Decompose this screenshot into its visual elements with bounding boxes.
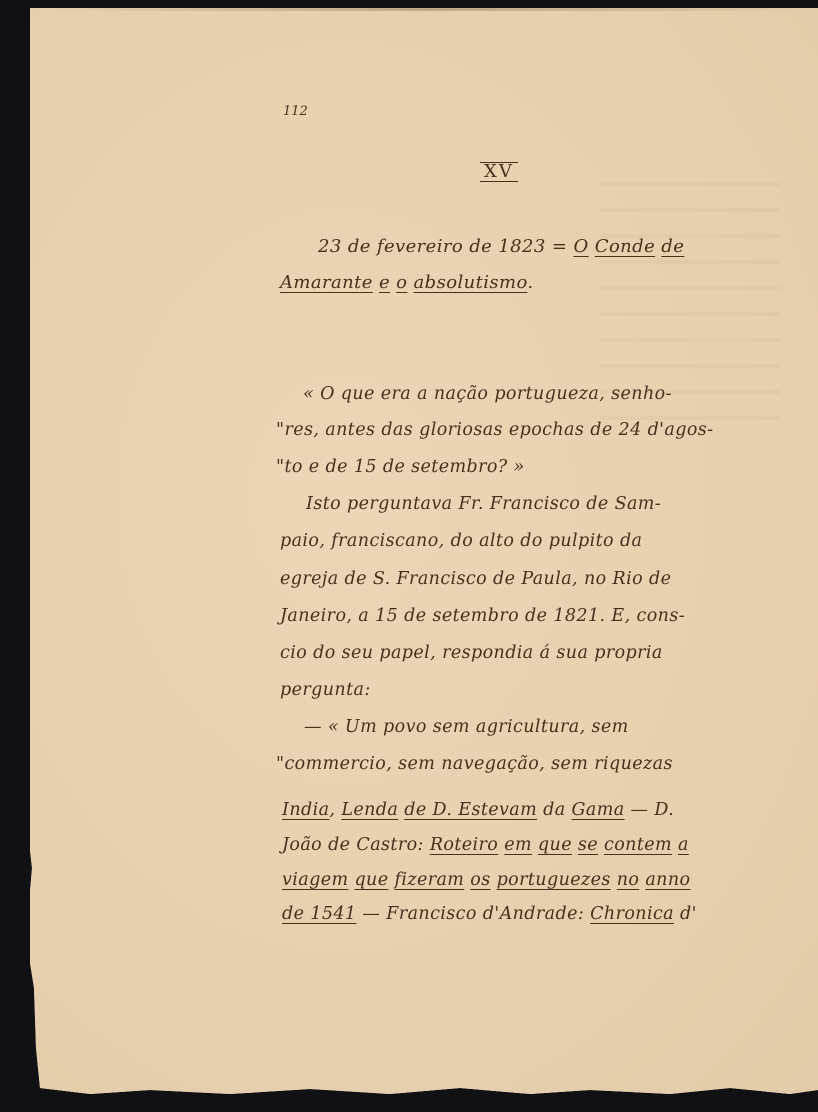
body-line: Isto perguntava Fr. Francisco de Sam- — [306, 494, 661, 514]
heading-word: de — [661, 236, 684, 257]
footnote-title: D. Estevam — [427, 800, 538, 820]
footnote-title: em — [504, 835, 532, 855]
footnote-text: — Francisco d'Andrade: — [356, 904, 590, 924]
chapter-heading-line-1: 23 de fevereiro de 1823 = O Conde de — [318, 236, 684, 257]
body-line: paio, franciscano, do alto do pulpito da — [280, 531, 642, 551]
heading-word: Amarante — [280, 272, 373, 293]
footnote-line-3: viagem que fizeram os portuguezes no ann… — [282, 870, 690, 890]
footnote-title: contem — [604, 835, 672, 855]
footnote-line-2: João de Castro: Roteiro em que se contem… — [282, 835, 689, 855]
heading-word: absolutismo — [414, 272, 528, 293]
footnote-text: d' — [674, 904, 697, 924]
page-number: 112 — [283, 104, 308, 119]
footnote-title: que — [538, 835, 572, 855]
footnote-title: viagem — [282, 870, 348, 890]
footnote-title: Chronica — [590, 904, 674, 924]
body-line: Janeiro, a 15 de setembro de 1821. E, co… — [280, 606, 685, 626]
heading-word: O — [573, 236, 588, 257]
body-line: egreja de S. Francisco de Paula, no Rio … — [280, 569, 671, 589]
body-line: — « Um povo sem agricultura, sem — [304, 717, 629, 737]
heading-word: o — [396, 272, 407, 293]
footnote-title: fizeram — [394, 870, 464, 890]
footnote-title: no — [617, 870, 640, 890]
footnote-title: se — [578, 835, 598, 855]
footnote-title: portuguezes — [497, 870, 611, 890]
body-line: "to e de 15 de setembro? » — [276, 457, 525, 477]
body-line: « O que era a nação portugueza, senho- — [303, 384, 672, 404]
footnote-text: da — [537, 800, 571, 820]
footnote-text: João de Castro: — [282, 835, 430, 855]
footnote-title: de — [404, 800, 426, 820]
footnote-title: Roteiro — [430, 835, 498, 855]
footnote-text: , — [329, 800, 341, 820]
heading-word: Conde — [595, 236, 655, 257]
footnote-title: anno — [645, 870, 690, 890]
page-top-edge — [44, 8, 814, 11]
footnote-title: de 1541 — [282, 904, 356, 924]
heading-date: 23 de fevereiro de 1823 = — [318, 236, 573, 257]
footnote-line-1: India, Lenda de D. Estevam da Gama — D. — [282, 800, 674, 820]
heading-period: . — [527, 272, 533, 293]
heading-word: e — [379, 272, 390, 293]
chapter-numeral: XV — [480, 162, 518, 182]
footnote-title: a — [678, 835, 689, 855]
footnote-text: — D. — [625, 800, 675, 820]
footnote-title: que — [354, 870, 388, 890]
body-line: "commercio, sem navegação, sem riquezas — [276, 754, 673, 774]
footnote-line-4: de 1541 — Francisco d'Andrade: Chronica … — [282, 904, 697, 924]
footnote-title: Lenda — [341, 800, 398, 820]
body-line: "res, antes das gloriosas epochas de 24 … — [276, 420, 713, 440]
footnote-title: Gama — [572, 800, 625, 820]
chapter-heading-line-2: Amarante e o absolutismo. — [280, 272, 534, 293]
body-line: cio do seu papel, respondia á sua propri… — [280, 643, 663, 663]
show-through-text — [600, 160, 780, 420]
footnote-title: os — [470, 870, 490, 890]
body-line: pergunta: — [280, 680, 371, 700]
footnote-title: India — [282, 800, 329, 820]
